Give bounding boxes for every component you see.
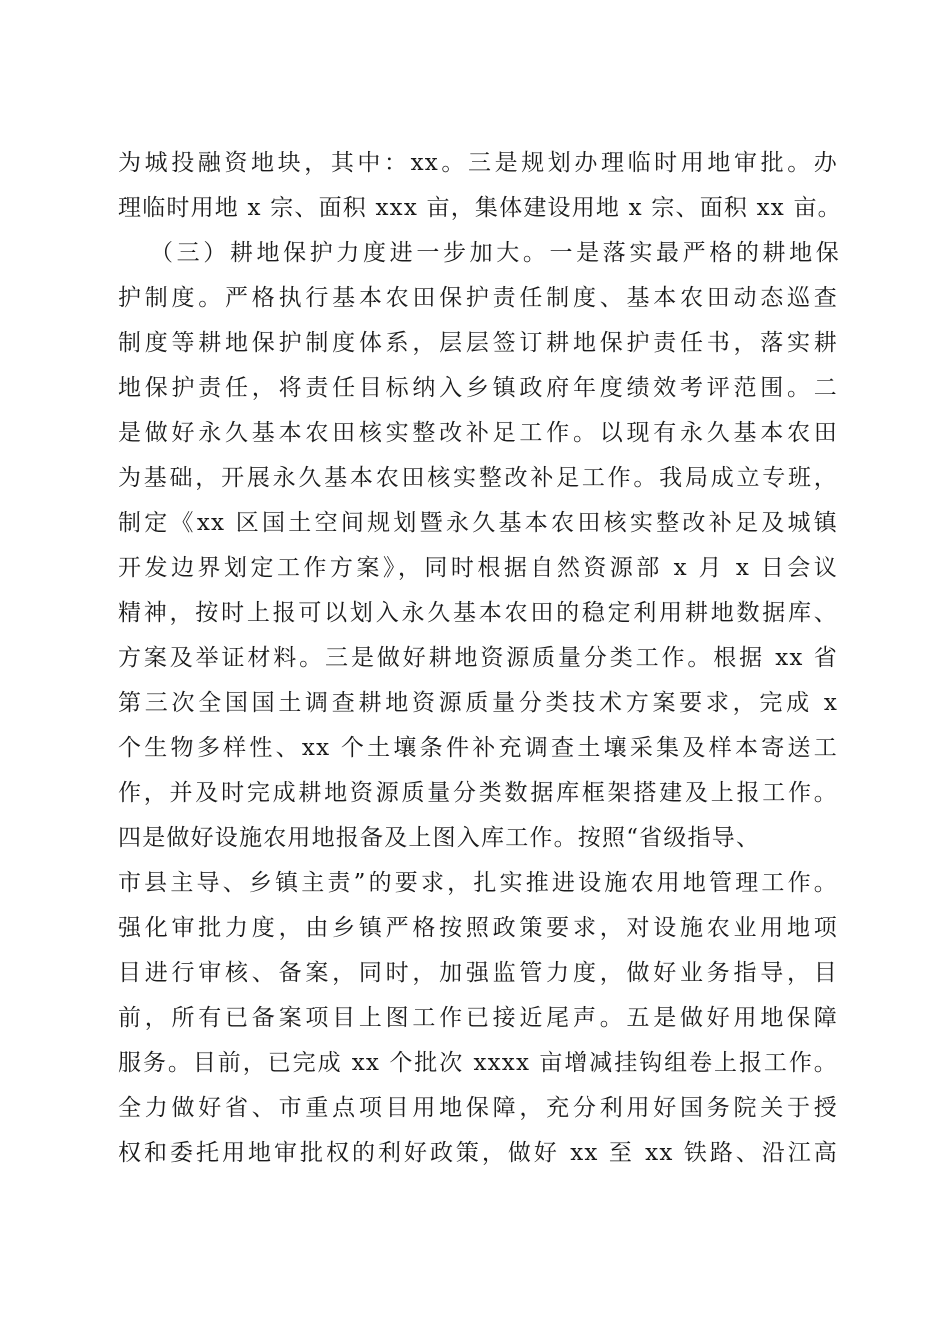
text-line: 权和委托用地审批权的利好政策，做好 xx 至 xx 铁路、沿江高 (118, 1138, 838, 1168)
text-line: 地保护责任，将责任目标纳入乡镇政府年度绩效考评范围。二 (118, 373, 838, 403)
text-line: 制度等耕地保护制度体系，层层签订耕地保护责任书，落实耕 (118, 328, 838, 358)
text-line: 个生物多样性、xx 个土壤条件补充调查土壤采集及样本寄送工 (118, 733, 838, 763)
text-line: 强化审批力度，由乡镇严格按照政策要求，对设施农业用地项 (118, 913, 838, 943)
text-line: 服务。目前，已完成 xx 个批次 xxxx 亩增减挂钩组卷上报工作。 (118, 1048, 838, 1078)
text-line: 开发边界划定工作方案》，同时根据自然资源部 x 月 x 日会议 (118, 553, 838, 583)
text-line: 理临时用地 x 宗、面积 xxx 亩，集体建设用地 x 宗、面积 xx 亩。 (118, 193, 838, 223)
text-line: 前，所有已备案项目上图工作已接近尾声。五是做好用地保障 (118, 1003, 838, 1033)
text-line: 方案及举证材料。三是做好耕地资源质量分类工作。根据 xx 省 (118, 643, 838, 673)
text-line: 制定《xx 区国土空间规划暨永久基本农田核实整改补足及城镇 (118, 508, 838, 538)
text-line: 护制度。严格执行基本农田保护责任制度、基本农田动态巡查 (118, 283, 838, 313)
text-line: 为城投融资地块，其中：xx。三是规划办理临时用地审批。办 (118, 148, 838, 178)
document-page: 为城投融资地块，其中：xx。三是规划办理临时用地审批。办 理临时用地 x 宗、面… (0, 0, 950, 1344)
text-line: 作，并及时完成耕地资源质量分类数据库框架搭建及上报工作。 (118, 778, 838, 808)
text-line: 第三次全国国土调查耕地资源质量分类技术方案要求，完成 x (118, 688, 838, 718)
text-line: 是做好永久基本农田核实整改补足工作。以现有永久基本农田 (118, 418, 838, 448)
text-line: 四是做好设施农用地报备及上图入库工作。按照“省级指导、 (118, 823, 838, 853)
text-line: 目进行审核、备案，同时，加强监管力度，做好业务指导，目 (118, 958, 838, 988)
text-line: 为基础，开展永久基本农田核实整改补足工作。我局成立专班， (118, 463, 838, 493)
text-line: 市县主导、乡镇主责”的要求，扎实推进设施农用地管理工作。 (118, 868, 838, 898)
text-line: 精神，按时上报可以划入永久基本农田的稳定利用耕地数据库、 (118, 598, 838, 628)
text-line: 全力做好省、市重点项目用地保障，充分利用好国务院关于授 (118, 1093, 838, 1123)
section-heading-line: （三）耕地保护力度进一步加大。一是落实最严格的耕地保 (150, 238, 840, 268)
